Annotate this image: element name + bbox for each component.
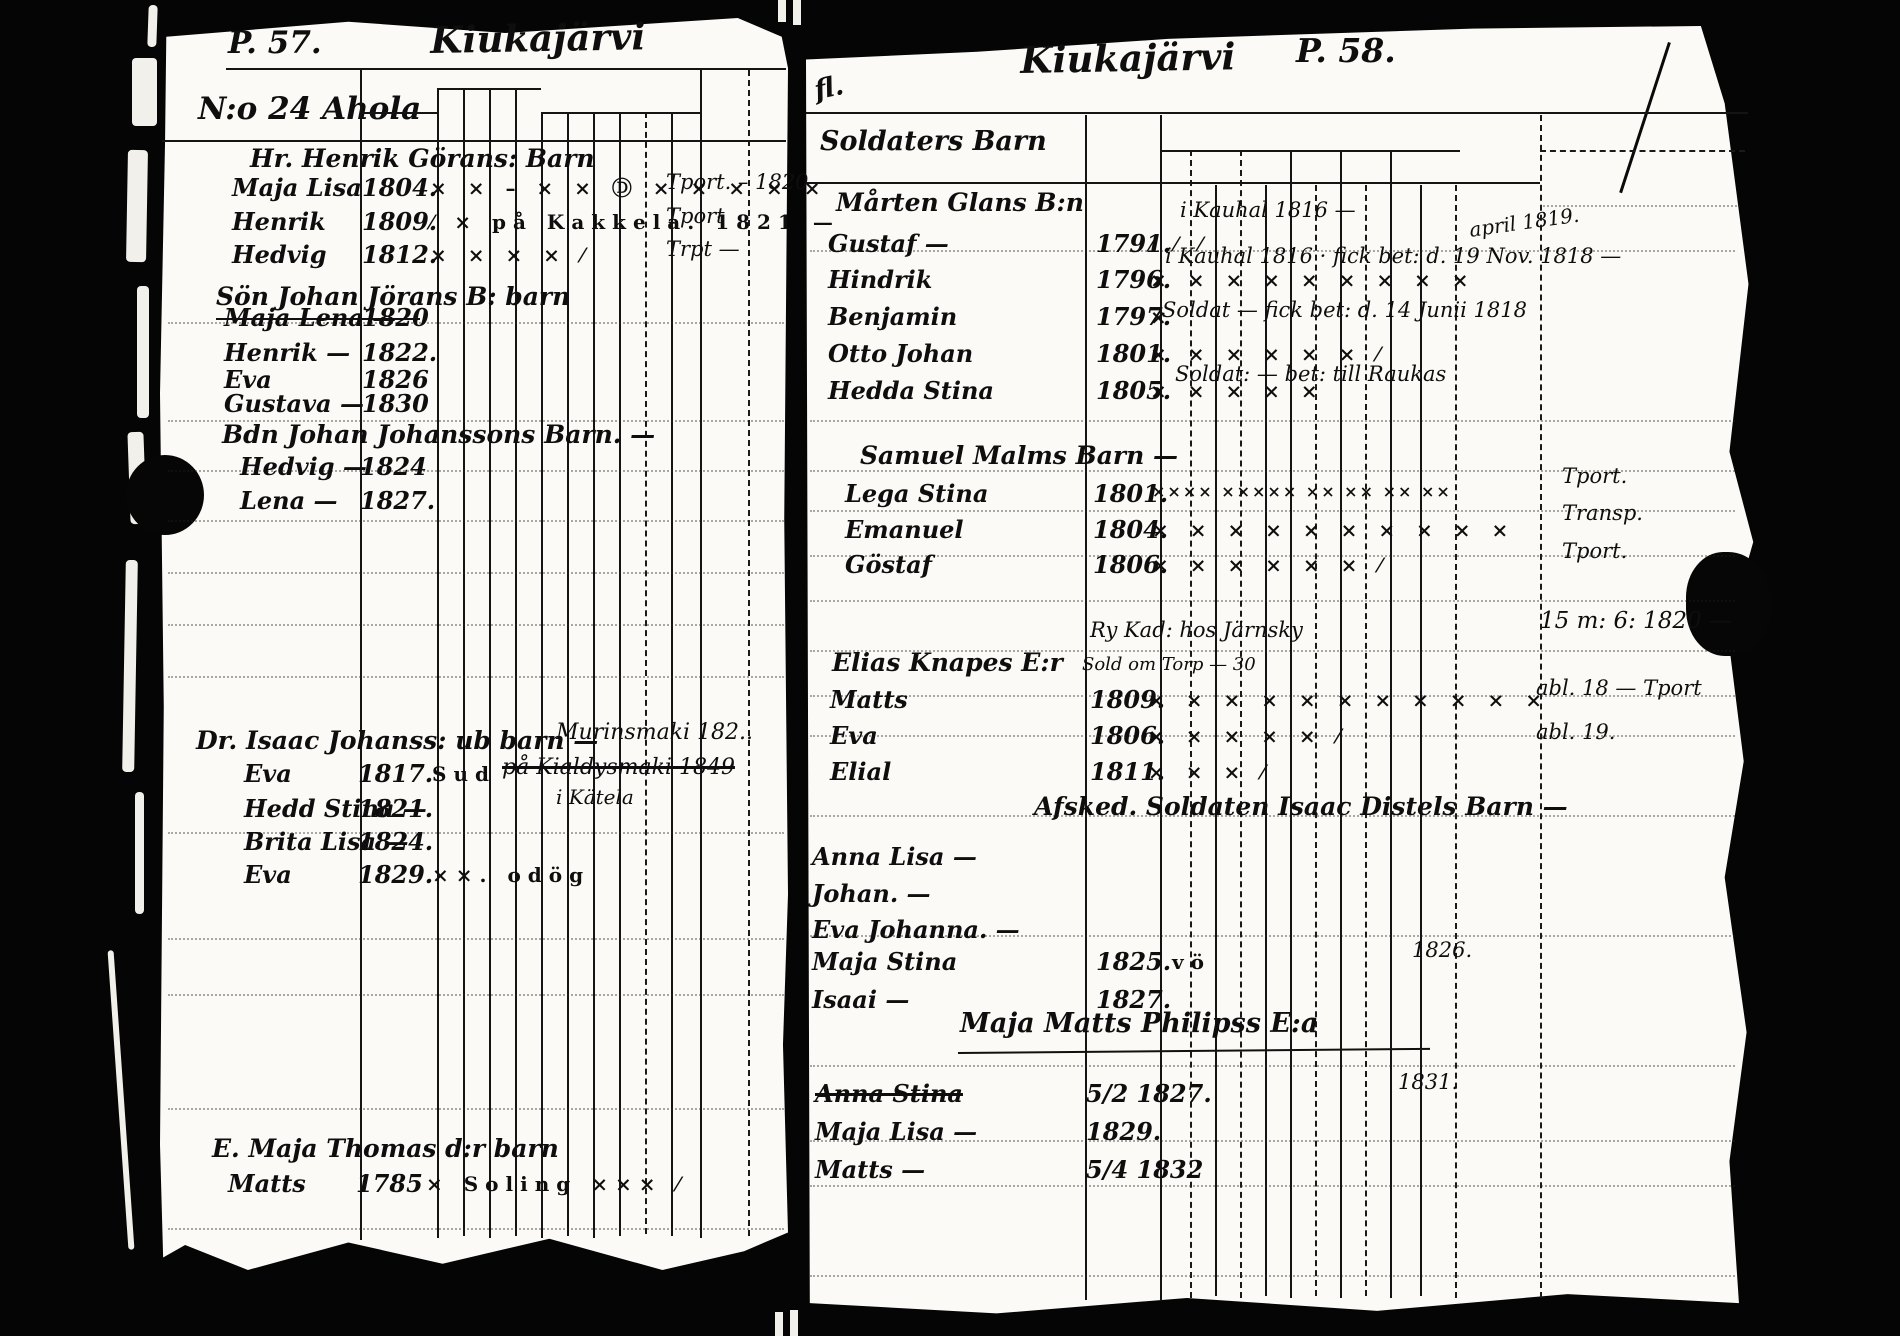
grid-line-vertical — [541, 112, 543, 1238]
entry-note: Tport — [666, 206, 725, 227]
block-heading: Elias Knapes E:r — [832, 650, 1063, 675]
entry-name: Isaai — — [812, 988, 909, 1012]
entry-year: 1827. — [360, 489, 435, 513]
row-guide-dotted — [810, 600, 1735, 602]
entry-note: abl. 18 — Tport — [1536, 678, 1702, 699]
entry-note: Tport. — [1562, 541, 1627, 562]
block-side-note: på Kialdysmaki 1849 — [502, 757, 735, 779]
block-side-note: 15 m: 6: 1820 — — [1540, 610, 1732, 633]
grid-line-vertical — [645, 112, 647, 1234]
block-heading: Afsked. Soldaten Isaac Distels Barn — — [1034, 794, 1568, 819]
entry-year: 1824. — [358, 830, 433, 854]
entry-marks: ×××× ××××× ×× ×× ×× ×× — [1152, 484, 1452, 500]
grid-line-horizontal — [806, 182, 1540, 184]
grid-line-horizontal — [360, 112, 437, 114]
entry-name: Gustava — — [224, 392, 364, 416]
grid-line-vertical — [567, 112, 569, 1236]
page-edge-fragment — [126, 150, 148, 262]
entry-name: Johan. — — [812, 882, 931, 906]
block-heading: Bdn Johan Johanssons Barn. — — [222, 422, 655, 447]
row-guide-dotted — [168, 624, 784, 626]
entry-name: Eva — [244, 762, 292, 786]
entry-marks: × × × × × × × × × × × — [1148, 690, 1549, 710]
entry-name: Matts — [830, 688, 908, 712]
entry-note: 1831. — [1398, 1072, 1458, 1093]
entry-year: 1829. — [358, 863, 433, 887]
block-heading: Dr. Isaac Johanss: ub barn — — [196, 728, 598, 753]
binding-mark — [778, 0, 786, 22]
page-number-left: P. 57. — [228, 28, 322, 59]
entry-note: 1826. — [1412, 940, 1472, 961]
entry-name: Henrik — [232, 210, 326, 234]
entry-name: Henrik — — [224, 341, 350, 365]
entry-name: Hedvig — [232, 243, 327, 267]
section-heading-right: Soldaters Barn — [820, 128, 1047, 155]
binding-mark — [793, 0, 801, 25]
entry-year: 1829. — [1086, 1120, 1161, 1144]
entry-name: Maja Lisa — [232, 176, 362, 200]
row-guide-dotted — [168, 520, 784, 522]
entry-year: 1820 — [362, 306, 429, 330]
page-number-right: P. 58. — [1296, 34, 1396, 67]
block-side-note: i Kätela — [556, 787, 634, 807]
entry-marks: × × × ⁄ — [1148, 762, 1272, 782]
entry-year: 1830 — [362, 392, 429, 416]
entry-marks: Sud — [432, 764, 496, 784]
entry-year: 5/2 1827. — [1086, 1082, 1212, 1106]
row-guide-dotted — [810, 1065, 1735, 1067]
entry-name: Hindrik — [828, 268, 932, 292]
row-guide-dotted — [168, 572, 784, 574]
entry-marks: × × × × ⁄ — [430, 245, 591, 265]
block-heading: Hr. Henrik Görans: Barn — [250, 146, 595, 171]
entry-year: 1825. — [1096, 950, 1171, 974]
entry-year: 1809. — [362, 210, 437, 234]
page-edge-fragment — [137, 286, 149, 418]
entry-marks: × × × × × × ⁄ — [1150, 344, 1387, 364]
entry-marks: vö — [1172, 952, 1211, 972]
grid-line-vertical — [593, 112, 595, 1238]
grid-line-horizontal — [1160, 150, 1460, 152]
ink-blot — [126, 455, 204, 535]
entry-name: Matts — [228, 1172, 306, 1196]
entry-name: Hedvig — — [240, 455, 367, 479]
grid-line-vertical — [1390, 150, 1392, 1298]
entry-name: Emanuel — [845, 518, 964, 542]
entry-note: Transp. — [1562, 503, 1643, 524]
block-side-note: Ry Kad: hos Järnsky — [1090, 620, 1303, 641]
page-title-right: Kiukajärvi — [1020, 38, 1236, 79]
block-heading: E. Maja Thomas d:r barn — [212, 1136, 559, 1161]
entry-marks: × × × × × — [1150, 381, 1325, 401]
block-side-note: Sold om Torp — 30 — [1082, 656, 1256, 674]
entry-name: Benjamin — [828, 305, 957, 329]
entry-note: i Kauhal 1816 — — [1180, 200, 1356, 221]
entry-marks: ××. odög — [432, 865, 590, 885]
page-edge-fragment — [122, 560, 138, 772]
block-side-note: Murinsmaki 182.. — [556, 722, 753, 744]
entry-year: 1821. — [358, 797, 433, 821]
grid-line-vertical — [1420, 185, 1422, 1296]
entry-marks: × × × × × × × × × — [1150, 270, 1476, 290]
entry-name: Anna Stina — [815, 1082, 963, 1106]
row-guide-dotted — [168, 1228, 784, 1230]
row-guide-dotted — [810, 1275, 1735, 1277]
entry-year: 1804. — [362, 176, 437, 200]
entry-name: Otto Johan — [828, 342, 973, 366]
entry-marks: × × × × × ⁄ — [1148, 726, 1347, 746]
entry-name: Göstaf — [845, 553, 932, 577]
row-guide-dotted — [168, 994, 784, 996]
entry-marks: ⁄ × på Kakkela. 1821 — — [430, 212, 840, 232]
page-edge-fragment — [147, 5, 157, 47]
entry-name: Matts — — [815, 1158, 925, 1182]
entry-name: Eva Johanna. — — [812, 918, 1020, 942]
row-guide-dotted — [810, 1185, 1735, 1187]
entry-marks: × × × × × × × × × × — [1152, 520, 1515, 540]
entry-year: 1785 — [356, 1172, 423, 1196]
row-guide-dotted — [168, 676, 784, 678]
entry-year: 1822. — [362, 341, 437, 365]
entry-name: Maja Lisa — — [815, 1120, 977, 1144]
entry-name: Eva — [830, 724, 878, 748]
grid-line-vertical — [748, 70, 750, 1236]
entry-name: Lena — — [240, 489, 338, 513]
binding-mark — [790, 1310, 798, 1336]
entry-name: Hedda Stina — [828, 379, 994, 403]
block-heading: Mårten Glans B:n — [836, 190, 1084, 215]
entry-name: Elial — [830, 760, 891, 784]
entry-marks: × × × × × × ⁄ — [1152, 555, 1389, 575]
entry-note: i Kauhal 1816 · fick bet: d. 19 Nov. 181… — [1165, 246, 1621, 267]
page-title-left: Kiukajärvi — [430, 18, 646, 59]
entry-name: Eva — [244, 863, 292, 887]
scanned-register-spread: P. 57. Kiukajärvi N:o 24 Ahola Kiukajärv… — [0, 0, 1900, 1336]
entry-name: Anna Lisa — — [812, 845, 977, 869]
entry-note: Tport. – 1820 — [666, 172, 809, 193]
page-edge-fragment — [132, 58, 157, 126]
grid-line-vertical — [671, 112, 673, 1236]
block-heading: Samuel Malms Barn — — [860, 443, 1178, 468]
row-guide-dotted — [810, 420, 1735, 422]
row-guide-dotted — [168, 1108, 784, 1110]
entry-name: Lega Stina — [845, 482, 988, 506]
row-guide-dotted — [168, 938, 784, 940]
entry-year: 1817. — [358, 762, 433, 786]
entry-year: 5/4 1832 — [1086, 1158, 1203, 1182]
margin-mark: fl. — [812, 72, 846, 104]
binding-mark — [775, 1312, 783, 1336]
grid-line-horizontal — [226, 68, 786, 70]
entry-note: Tport. — [1562, 466, 1627, 487]
page-edge-fragment — [108, 950, 135, 1250]
entry-name: Gustaf — — [828, 232, 949, 256]
page-edge-fragment — [135, 792, 144, 914]
ink-blot — [1686, 552, 1772, 656]
entry-note: abl. 19. — [1536, 722, 1615, 743]
entry-note: Soldat — fick bet: d. 14 Junii 1818 — [1162, 300, 1527, 321]
block-heading: Maja Matts Philipss E:a — [960, 1010, 1318, 1037]
grid-line-horizontal — [162, 140, 786, 142]
grid-line-horizontal — [1540, 150, 1745, 152]
grid-line-vertical — [619, 112, 621, 1236]
grid-line-horizontal — [541, 112, 700, 114]
entry-note: Trpt — — [666, 239, 740, 260]
entry-year: 1824 — [360, 455, 427, 479]
entry-marks: × Soling ××× ⁄ — [426, 1174, 687, 1194]
grid-line-horizontal — [806, 112, 1748, 114]
farm-heading: N:o 24 Ahola — [198, 94, 421, 125]
entry-year: 1812. — [362, 243, 437, 267]
entry-name: Maja Stina — [812, 950, 957, 974]
grid-line-vertical — [1455, 185, 1457, 1298]
grid-line-horizontal — [437, 88, 541, 90]
